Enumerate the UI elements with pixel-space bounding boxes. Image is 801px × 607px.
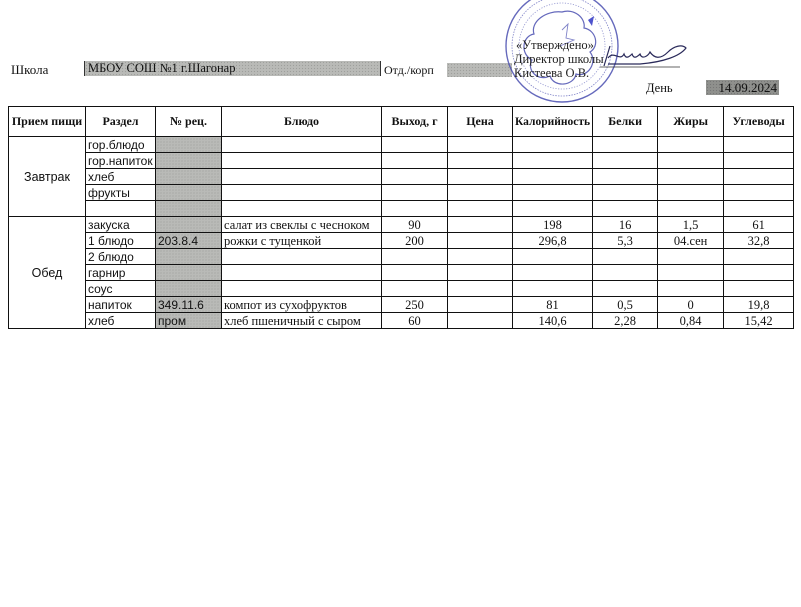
carbs-cell [724, 249, 794, 265]
approval-line-name: Кистеева О.В. [514, 66, 589, 80]
protein-cell [593, 137, 658, 153]
col-header-protein: Белки [593, 107, 658, 137]
day-label: День [646, 81, 673, 96]
recipe-cell [156, 265, 222, 281]
dish-cell: рожки с тущенкой [222, 233, 382, 249]
fat-cell [658, 185, 724, 201]
section-cell: гарнир [86, 265, 156, 281]
price-cell [448, 153, 513, 169]
table-row: гор.напиток [9, 153, 794, 169]
dept-label: Отд./корп [384, 63, 434, 78]
table-row: напиток349.11.6компот из сухофруктов2508… [9, 297, 794, 313]
carbs-cell [724, 281, 794, 297]
protein-cell [593, 201, 658, 217]
output-cell: 200 [382, 233, 448, 249]
dish-cell [222, 137, 382, 153]
section-cell: фрукты [86, 185, 156, 201]
table-row: гарнир [9, 265, 794, 281]
fat-cell [658, 169, 724, 185]
protein-cell [593, 249, 658, 265]
price-cell [448, 201, 513, 217]
table-header-row: Прием пищи Раздел № рец. Блюдо Выход, г … [9, 107, 794, 137]
recipe-cell [156, 201, 222, 217]
table-row: 2 блюдо [9, 249, 794, 265]
recipe-cell [156, 185, 222, 201]
meal-cell-breakfast: Завтрак [9, 137, 86, 217]
protein-cell: 5,3 [593, 233, 658, 249]
price-cell [448, 217, 513, 233]
calories-cell: 296,8 [513, 233, 593, 249]
carbs-cell [724, 153, 794, 169]
col-header-price: Цена [448, 107, 513, 137]
protein-cell: 2,28 [593, 313, 658, 329]
section-cell: соус [86, 281, 156, 297]
output-cell [382, 185, 448, 201]
calories-cell: 198 [513, 217, 593, 233]
recipe-cell [156, 169, 222, 185]
calories-cell [513, 281, 593, 297]
price-cell [448, 281, 513, 297]
section-cell: 1 блюдо [86, 233, 156, 249]
output-cell [382, 169, 448, 185]
fat-cell [658, 265, 724, 281]
section-cell: хлеб [86, 313, 156, 329]
fat-cell [658, 201, 724, 217]
fat-cell [658, 137, 724, 153]
protein-cell [593, 281, 658, 297]
table-row: 1 блюдо203.8.4рожки с тущенкой200296,85,… [9, 233, 794, 249]
school-field: МБОУ СОШ №1 г.Шагонар [84, 61, 381, 76]
section-cell: 2 блюдо [86, 249, 156, 265]
fat-cell [658, 281, 724, 297]
table-row: хлеб [9, 169, 794, 185]
protein-cell [593, 185, 658, 201]
dish-cell [222, 201, 382, 217]
recipe-cell [156, 137, 222, 153]
carbs-cell: 19,8 [724, 297, 794, 313]
approval-line-approved: «Утверждено» [516, 38, 594, 52]
price-cell [448, 169, 513, 185]
section-cell: напиток [86, 297, 156, 313]
col-header-dish: Блюдо [222, 107, 382, 137]
dish-cell [222, 185, 382, 201]
section-cell [86, 201, 156, 217]
recipe-cell: 349.11.6 [156, 297, 222, 313]
table-row: хлебпромхлеб пшеничный с сыром60140,62,2… [9, 313, 794, 329]
table-row: соус [9, 281, 794, 297]
calories-cell [513, 185, 593, 201]
carbs-cell [724, 265, 794, 281]
school-label: Школа [11, 62, 48, 78]
calories-cell: 81 [513, 297, 593, 313]
fat-cell [658, 249, 724, 265]
fat-cell: 0,84 [658, 313, 724, 329]
col-header-calories: Калорийность [513, 107, 593, 137]
price-cell [448, 313, 513, 329]
menu-table-body: Завтракгор.блюдогор.напитокхлебфруктыОбе… [9, 137, 794, 329]
calories-cell [513, 265, 593, 281]
dish-cell [222, 265, 382, 281]
price-cell [448, 265, 513, 281]
protein-cell [593, 265, 658, 281]
dish-cell [222, 153, 382, 169]
col-header-recipe: № рец. [156, 107, 222, 137]
output-cell: 60 [382, 313, 448, 329]
dish-cell: компот из сухофруктов [222, 297, 382, 313]
day-field: 14.09.2024 [706, 80, 779, 95]
col-header-section: Раздел [86, 107, 156, 137]
recipe-cell: 203.8.4 [156, 233, 222, 249]
section-cell: хлеб [86, 169, 156, 185]
price-cell [448, 233, 513, 249]
price-cell [448, 249, 513, 265]
table-row: фрукты [9, 185, 794, 201]
recipe-cell [156, 153, 222, 169]
output-cell: 90 [382, 217, 448, 233]
calories-cell [513, 201, 593, 217]
output-cell: 250 [382, 297, 448, 313]
carbs-cell: 61 [724, 217, 794, 233]
carbs-cell [724, 137, 794, 153]
table-row: Завтракгор.блюдо [9, 137, 794, 153]
protein-cell: 16 [593, 217, 658, 233]
recipe-cell [156, 281, 222, 297]
table-row [9, 201, 794, 217]
output-cell [382, 137, 448, 153]
output-cell [382, 281, 448, 297]
calories-cell [513, 153, 593, 169]
approval-line-position: Директор школы [514, 52, 604, 66]
fat-cell: 04.сен [658, 233, 724, 249]
price-cell [448, 297, 513, 313]
handwritten-signature-icon [600, 40, 690, 70]
dish-cell: салат из свеклы с чесноком [222, 217, 382, 233]
table-row: Обедзакускасалат из свеклы с чесноком901… [9, 217, 794, 233]
col-header-output: Выход, г [382, 107, 448, 137]
col-header-meal: Прием пищи [9, 107, 86, 137]
menu-table: Прием пищи Раздел № рец. Блюдо Выход, г … [8, 106, 794, 329]
calories-cell: 140,6 [513, 313, 593, 329]
protein-cell [593, 169, 658, 185]
meal-cell-lunch: Обед [9, 217, 86, 329]
section-cell: закуска [86, 217, 156, 233]
calories-cell [513, 137, 593, 153]
carbs-cell [724, 201, 794, 217]
section-cell: гор.напиток [86, 153, 156, 169]
col-header-carbs: Углеводы [724, 107, 794, 137]
protein-cell: 0,5 [593, 297, 658, 313]
fat-cell [658, 153, 724, 169]
dish-cell [222, 281, 382, 297]
fat-cell: 1,5 [658, 217, 724, 233]
carbs-cell [724, 169, 794, 185]
recipe-cell [156, 217, 222, 233]
dish-cell [222, 169, 382, 185]
col-header-fat: Жиры [658, 107, 724, 137]
price-cell [448, 185, 513, 201]
output-cell [382, 249, 448, 265]
output-cell [382, 153, 448, 169]
calories-cell [513, 249, 593, 265]
price-cell [448, 137, 513, 153]
output-cell [382, 201, 448, 217]
dish-cell: хлеб пшеничный с сыром [222, 313, 382, 329]
section-cell: гор.блюдо [86, 137, 156, 153]
protein-cell [593, 153, 658, 169]
recipe-cell [156, 249, 222, 265]
dish-cell [222, 249, 382, 265]
output-cell [382, 265, 448, 281]
calories-cell [513, 169, 593, 185]
carbs-cell [724, 185, 794, 201]
carbs-cell: 15,42 [724, 313, 794, 329]
fat-cell: 0 [658, 297, 724, 313]
recipe-cell: пром [156, 313, 222, 329]
carbs-cell: 32,8 [724, 233, 794, 249]
